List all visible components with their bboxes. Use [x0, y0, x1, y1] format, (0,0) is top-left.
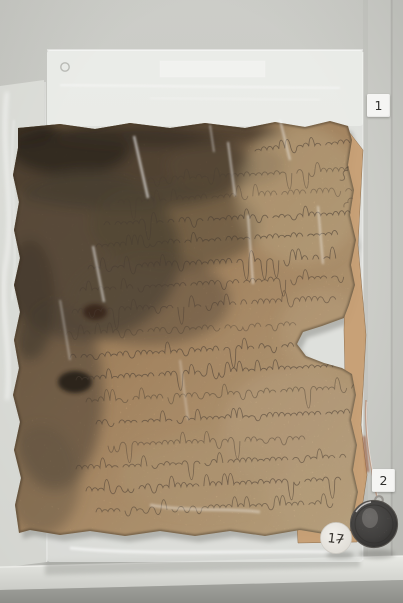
exhibit-photo: 17 1 2: [0, 0, 403, 603]
sleeve-label-window: [160, 61, 265, 77]
scene-canvas: 17: [0, 0, 403, 603]
exhibit-label-2: 2: [372, 469, 395, 492]
artifact-tag-disc: 17: [321, 523, 352, 554]
medal-shadow: [359, 550, 395, 559]
exhibit-label-1: 1: [367, 94, 390, 117]
